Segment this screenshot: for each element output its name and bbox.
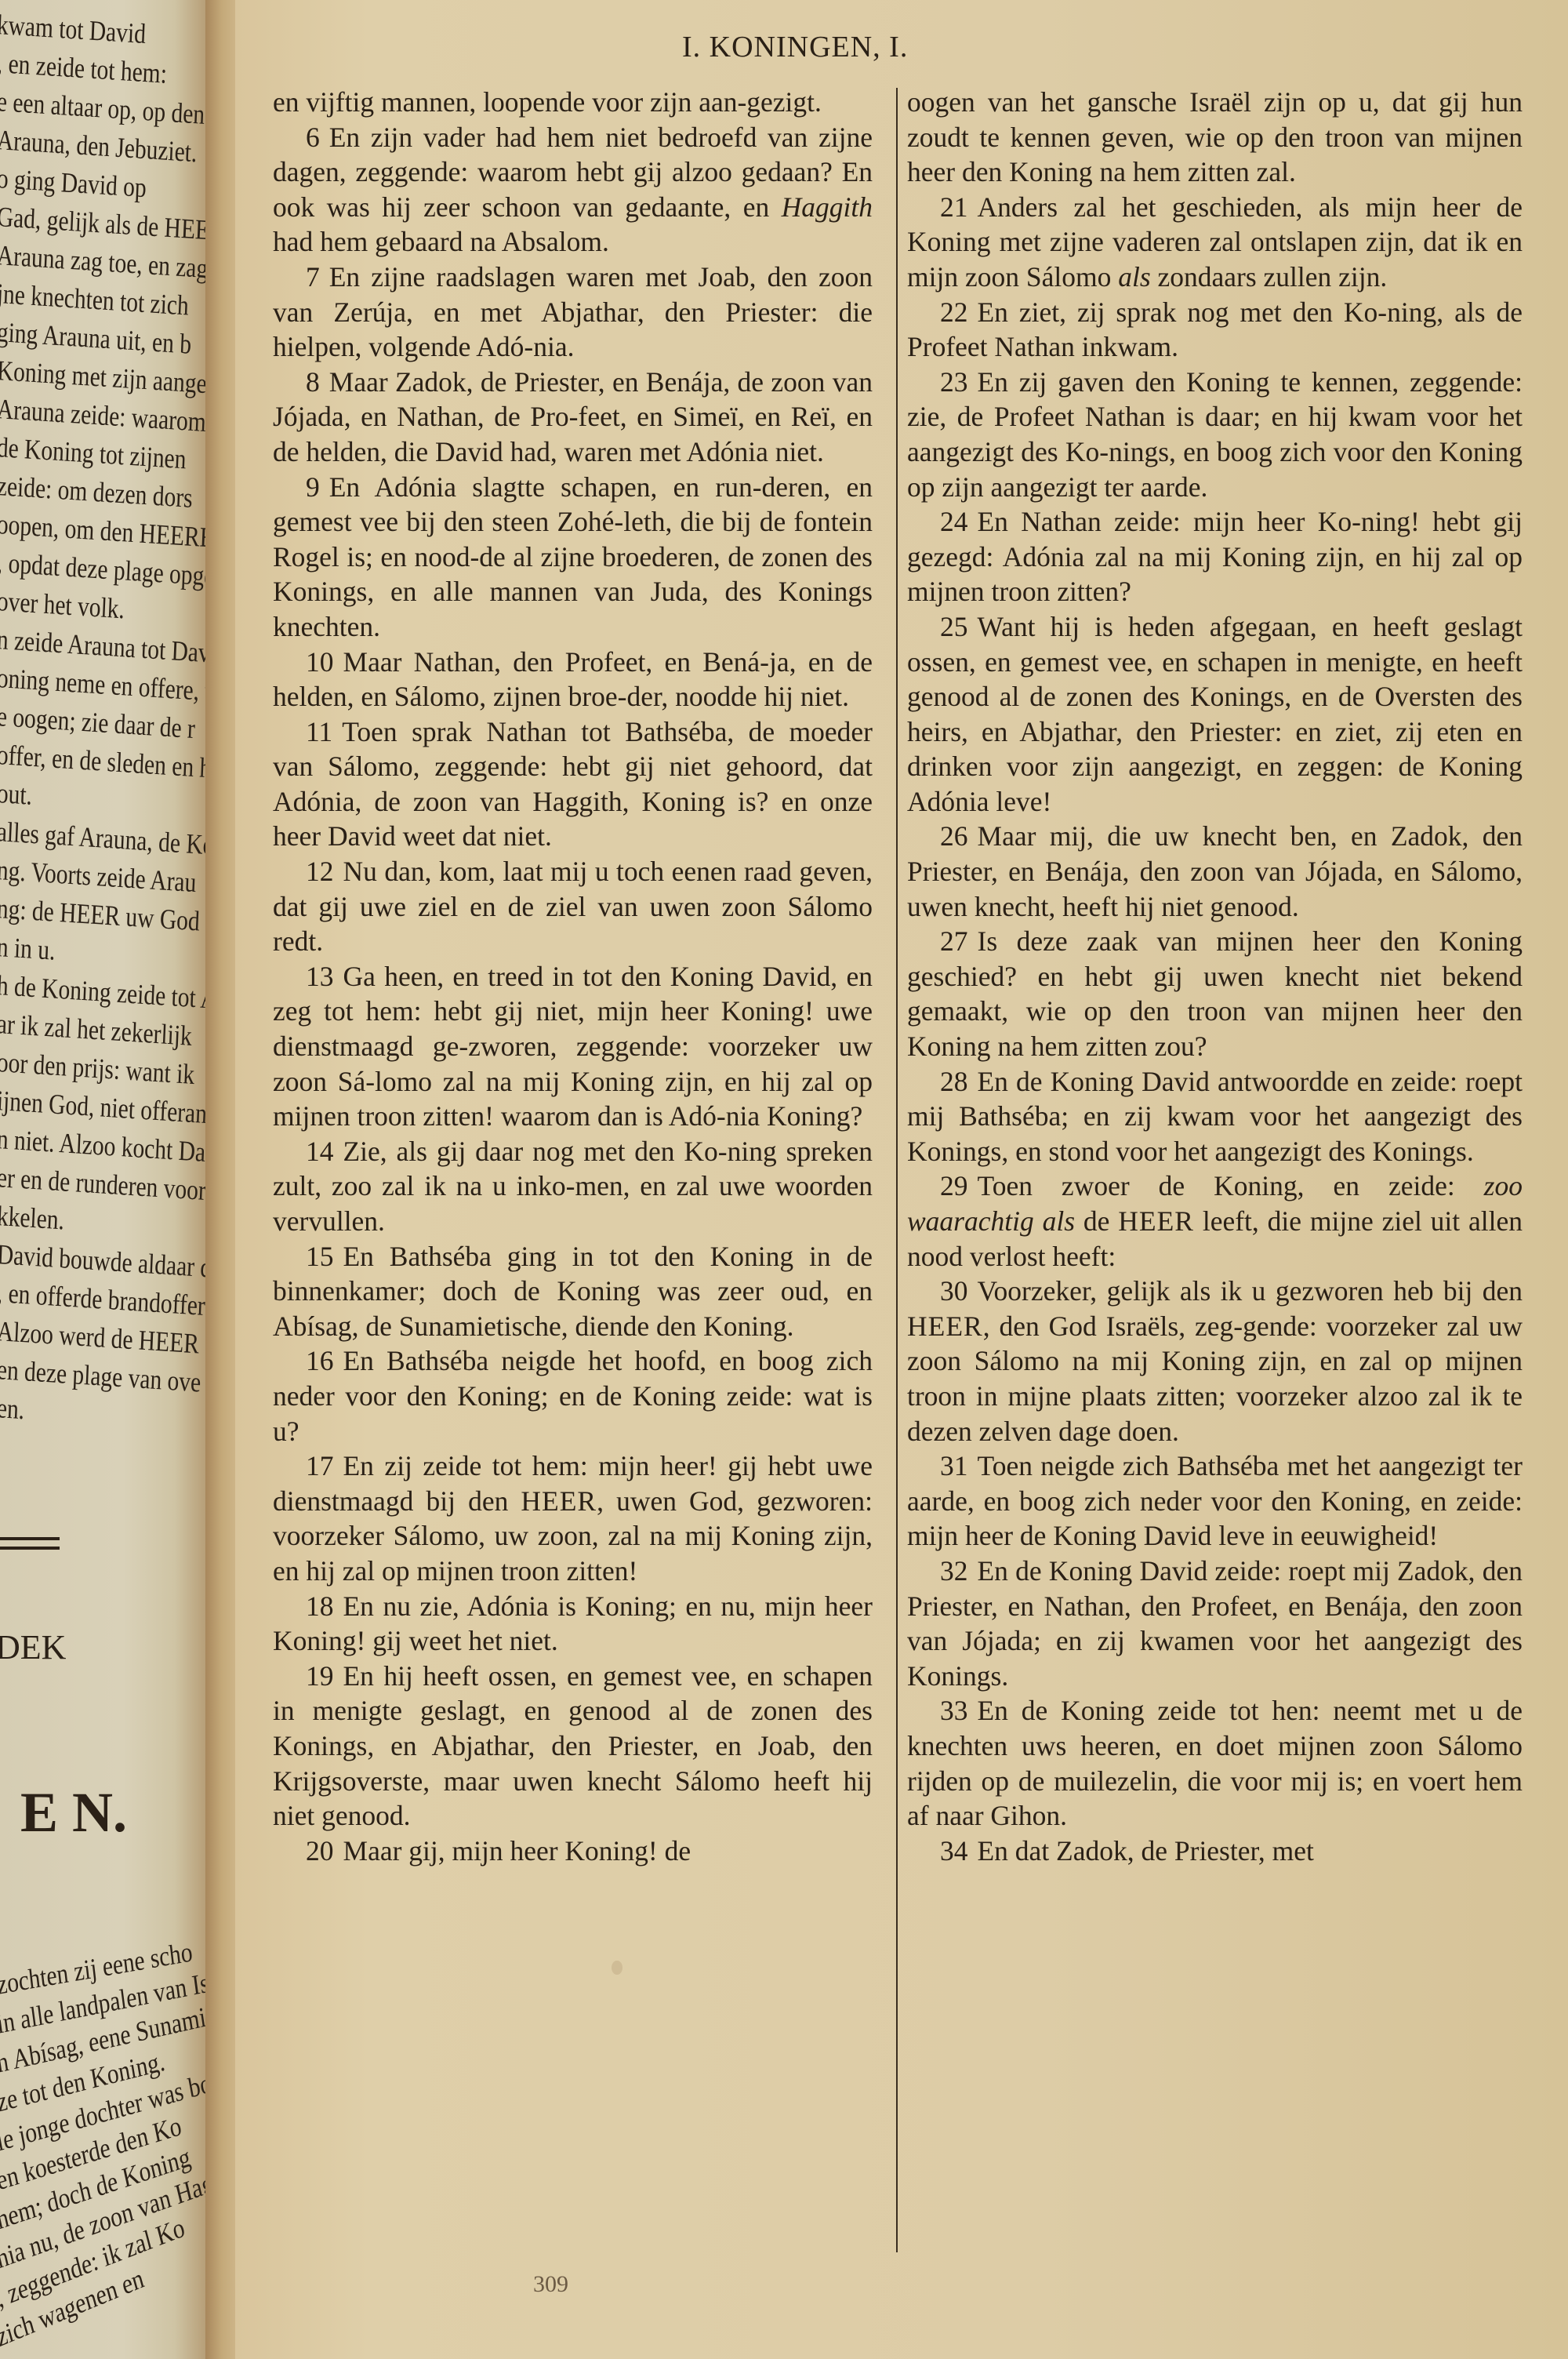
verse-text: En de Koning David antwoordde en zeide: … (907, 1066, 1523, 1167)
verse-number: 32 (940, 1555, 968, 1587)
text-column-right: oogen van het gansche Israël zijn op u, … (907, 85, 1523, 1868)
verse-text: En Bathséba neigde het hoofd, en boog zi… (273, 1345, 873, 1446)
verse: 11Toen sprak Nathan tot Bathséba, de moe… (273, 714, 873, 854)
verse-number: 11 (306, 716, 332, 747)
book-heading-fragment: DEK (0, 1627, 66, 1667)
verse-text: En Nathan zeide: mijn heer Ko-​ning! heb… (907, 506, 1523, 607)
verse-text: Ga heen, en treed in tot den Koning Davi… (273, 961, 873, 1132)
verse: 14Zie, als gij daar nog met den Ko-​ning… (273, 1134, 873, 1239)
running-head: I. KONINGEN, I. (682, 30, 908, 64)
verse: 16En Bathséba neigde het hoofd, en boog … (273, 1343, 873, 1448)
previous-page-line: ijnen God, niet offeran (0, 1084, 205, 1130)
previous-page-line: Arauna zag toe, en zag (0, 238, 205, 285)
previous-page-line: e een altaar op, op den (0, 85, 205, 131)
verse-number: 26 (940, 820, 968, 852)
verse-text: En Adónia slagtte schapen, en run-​deren… (273, 471, 873, 642)
verse: 8Maar Zadok, de Priester, en Benája, de … (273, 365, 873, 470)
verse: 19En hij heeft ossen, en gemest vee, en … (273, 1659, 873, 1834)
previous-page-line: Arauna zeide: waarom (0, 392, 205, 438)
verse-text: oogen van het gansche Israël zijn op u, … (907, 86, 1523, 187)
section-divider-rule (0, 1547, 60, 1550)
previous-page-line: oor den prijs: want ik (0, 1045, 195, 1091)
verse-number: 31 (940, 1450, 968, 1481)
verse-number: 13 (306, 961, 334, 992)
previous-page-line: er en de runderen voor (0, 1161, 205, 1207)
verse-text: Maar Zadok, de Priester, en Benája, de z… (273, 366, 873, 467)
previous-page-line: e oogen; zie daar de r (0, 700, 196, 745)
previous-page-line: o ging David op (0, 162, 147, 204)
verse-number: 18 (306, 1590, 334, 1622)
verse-number: 20 (306, 1835, 334, 1866)
verse-number: 16 (306, 1345, 334, 1376)
verse: 17En zij zeide tot hem: mijn heer! gij h… (273, 1448, 873, 1588)
verse-number: 24 (940, 506, 968, 537)
verse-text: Maar gij, mijn heer Koning! de (343, 1835, 691, 1866)
divine-name: HEER (907, 1310, 983, 1342)
verse: 6En zijn vader had hem niet bedroefd van… (273, 120, 873, 260)
paper-stain (612, 1961, 622, 1975)
verse-number: 25 (940, 611, 968, 642)
verse: 22En ziet, zij sprak nog met den Ko-​nin… (907, 295, 1523, 365)
verse: 30Voorzeker, gelijk als ik u gezworen he… (907, 1274, 1523, 1448)
verse-text: En zij gaven den Koning te kennen, zegge… (907, 366, 1523, 503)
previous-page-line: Koning met zijn aange (0, 354, 205, 400)
verse-text: zondaars zullen zijn. (1151, 261, 1388, 293)
verse-number: 29 (940, 1170, 968, 1201)
verse: 7En zijne raadslagen waren met Joab, den… (273, 260, 873, 365)
verse: 24En Nathan zeide: mijn heer Ko-​ning! h… (907, 504, 1523, 609)
verse-text: Toen sprak Nathan tot Bathséba, de moede… (273, 716, 873, 852)
verse-text: Toen zwoer de Koning, en zeide: (978, 1170, 1484, 1201)
page-number: 309 (533, 2271, 568, 2298)
verse: 28En de Koning David antwoordde en zeide… (907, 1064, 1523, 1169)
italic-word: als (1118, 261, 1150, 293)
verse-text: had hem gebaard na Absalom. (273, 226, 609, 257)
verse-number: 21 (940, 191, 968, 223)
previous-page-line: Arauna, den Jebuziet. (0, 123, 198, 169)
verse: 33En de Koning zeide tot hen: neemt met … (907, 1693, 1523, 1833)
verse: 26Maar mij, die uw knecht ben, en Zadok,… (907, 819, 1523, 924)
previous-page-line: en. (0, 1391, 25, 1426)
verse-text: de (1075, 1205, 1118, 1237)
verse-number: 15 (306, 1241, 334, 1272)
verse-text: Maar Nathan, den Profeet, en Bená-​ja, e… (273, 646, 873, 713)
previous-page-fragment: kwam tot David, en zeide tot hem:e een a… (0, 0, 205, 2359)
previous-page-line: over het volk. (0, 584, 125, 625)
divine-name: HEER (521, 1485, 597, 1517)
verse-text: En nu zie, Adónia is Koning; en nu, mijn… (273, 1590, 873, 1657)
verse-text: Maar mij, die uw knecht ben, en Zadok, d… (907, 820, 1523, 921)
verse: 31Toen neigde zich Bathséba met het aang… (907, 1448, 1523, 1554)
verse: 23En zij gaven den Koning te kennen, zeg… (907, 365, 1523, 504)
verse-text: Nu dan, kom, laat mij u toch eenen raad … (273, 856, 873, 957)
verse-text: En de Koning zeide tot hen: neemt met u … (907, 1695, 1523, 1831)
verse-text: Is deze zaak van mijnen heer den Koning … (907, 925, 1523, 1062)
verse-number: 28 (940, 1066, 968, 1097)
verse: 12Nu dan, kom, laat mij u toch eenen raa… (273, 854, 873, 959)
verse-continuation: oogen van het gansche Israël zijn op u, … (907, 85, 1523, 190)
verse-text: En hij heeft ossen, en gemest vee, en sc… (273, 1660, 873, 1831)
verse: 15En Bathséba ging in tot den Koning in … (273, 1239, 873, 1344)
text-column-left: en vijftig mannen, loopende voor zijn aa… (273, 85, 873, 1868)
previous-page-line: out. (0, 776, 33, 812)
previous-page-line: kwam tot David (0, 8, 147, 50)
verse-text: En ziet, zij sprak nog met den Ko-​ning,… (907, 296, 1523, 363)
verse-number: 8 (306, 366, 320, 398)
verse-text: Want hij is heden afgegaan, en heeft ges… (907, 611, 1523, 817)
verse-number: 7 (306, 261, 320, 293)
verse: 13Ga heen, en treed in tot den Koning Da… (273, 959, 873, 1134)
verse-number: 22 (940, 296, 968, 328)
verse: 25Want hij is heden afgegaan, en heeft g… (907, 609, 1523, 820)
verse: 27Is deze zaak van mijnen heer den Konin… (907, 924, 1523, 1063)
previous-page-line: kkelen. (0, 1199, 65, 1236)
previous-page-line: jne knechten tot zich (0, 277, 190, 322)
verse-number: 27 (940, 925, 968, 957)
verse-number: 19 (306, 1660, 334, 1692)
previous-page-line: , en zeide tot hem: (0, 46, 168, 90)
verse: 32En de Koning David zeide: roept mij Za… (907, 1554, 1523, 1693)
previous-page-line: ging Arauna uit, en b (0, 315, 192, 361)
verse-number: 23 (940, 366, 968, 398)
verse: 18En nu zie, Adónia is Koning; en nu, mi… (273, 1589, 873, 1659)
verse-text: Voorzeker, gelijk als ik u gezworen heb … (978, 1275, 1523, 1307)
verse-text: En dat Zadok, de Priester, met (978, 1835, 1314, 1866)
verse: 29Toen zwoer de Koning, en zeide: zoo wa… (907, 1169, 1523, 1274)
italic-word: Haggith (782, 191, 873, 223)
verse-number: 34 (940, 1835, 968, 1866)
verse-number: 12 (306, 856, 334, 887)
verse-text: Zie, als gij daar nog met den Ko-​ning s… (273, 1136, 873, 1237)
verse-text: en vijftig mannen, loopende voor zijn aa… (273, 86, 822, 118)
verse-number: 9 (306, 471, 320, 503)
verse-text: En de Koning David zeide: roept mij Zado… (907, 1555, 1523, 1692)
verse-number: 14 (306, 1136, 334, 1167)
previous-page-line: n niet. Alzoo kocht Da (0, 1122, 205, 1169)
previous-page-line: n in u. (0, 930, 56, 967)
verse: 10Maar Nathan, den Profeet, en Bená-​ja,… (273, 645, 873, 714)
previous-page-line: en deze plage van ove (0, 1353, 201, 1399)
previous-page-line: zeide: om dezen dors (0, 469, 194, 514)
verse-text: , den God Israëls, zeg-​gende: voorzeker… (907, 1310, 1523, 1447)
verse: 20Maar gij, mijn heer Koning! de (273, 1834, 873, 1869)
verse: 21Anders zal het geschieden, als mijn he… (907, 190, 1523, 295)
book-title-fragment: E N. (20, 1780, 127, 1845)
verse-number: 10 (306, 646, 334, 678)
section-divider-rule (0, 1537, 60, 1540)
verse-text: En Bathséba ging in tot den Koning in de… (273, 1241, 873, 1342)
previous-page-line: ng. Voorts zeide Arau (0, 853, 197, 899)
verse: 9En Adónia slagtte schapen, en run-​dere… (273, 470, 873, 645)
verse-number: 17 (306, 1450, 334, 1481)
previous-page-line: de Koning tot zijnen (0, 431, 187, 475)
column-separator-rule (896, 88, 898, 2252)
divine-name: HEER (1118, 1205, 1194, 1237)
verse: 34En dat Zadok, de Priester, met (907, 1834, 1523, 1869)
verse-text: En zijne raadslagen waren met Joab, den … (273, 261, 873, 362)
verse-continuation: en vijftig mannen, loopende voor zijn aa… (273, 85, 873, 120)
previous-page-line: ar ik zal het zekerlijk (0, 1007, 193, 1052)
verse-number: 6 (306, 122, 320, 153)
verse-number: 33 (940, 1695, 968, 1726)
verse-text: Toen neigde zich Bathséba met het aangez… (907, 1450, 1523, 1551)
verse-number: 30 (940, 1275, 968, 1307)
